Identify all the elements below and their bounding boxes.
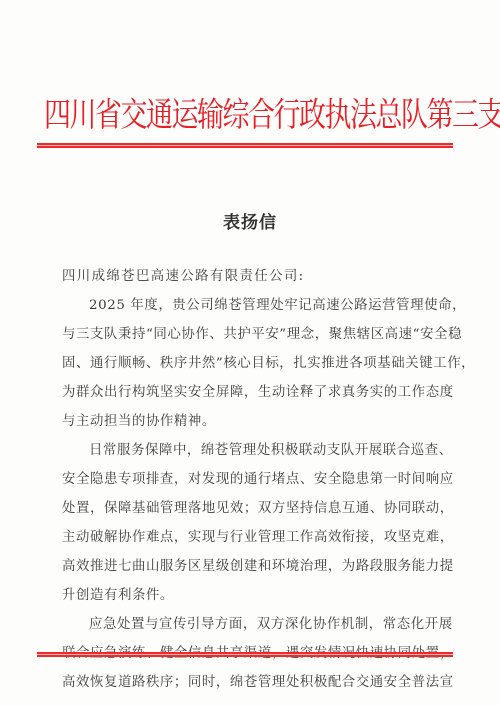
- text-line: 为群众出行构筑坚实安全屏障，生动诠释了求真务实的工作态度: [62, 378, 442, 407]
- text-line: 与主动担当的协作精神。: [62, 407, 442, 436]
- text-line: 高效推进七曲山服务区星级创建和环境治理，为路段服务能力提: [62, 552, 442, 581]
- letterhead-divider-top: [37, 143, 453, 148]
- text-line: 高效恢复道路秩序；同时，绵苍管理处积极配合交通安全普法宣: [62, 668, 442, 697]
- footer-divider: [37, 652, 453, 657]
- text-line: 处置，保障基础管理落地见效；双方坚持信息互通、协同联动，: [62, 494, 442, 523]
- divider-thick-line: [37, 655, 453, 657]
- text-line: 应急处置与宣传引导方面，双方深化协作机制，常态化开展: [62, 610, 442, 639]
- text-line: 日常服务保障中，绵苍管理处积极联动支队开展联合巡查、: [62, 436, 442, 465]
- paragraph-1: 2025 年度，贵公司绵苍管理处牢记高速公路运营管理使命， 与三支队秉持“同心协…: [62, 291, 442, 436]
- paragraph-2: 日常服务保障中，绵苍管理处积极联动支队开展联合巡查、 安全隐患专项排查，对发现的…: [62, 436, 442, 610]
- letterhead-title: 四川省交通运输综合行政执法总队第三支队: [44, 91, 444, 141]
- salutation: 四川成绵苍巴高速公路有限责任公司:: [62, 262, 442, 291]
- text-line: 与三支队秉持“同心协作、共护平安”理念，聚焦辖区高速“安全稳: [62, 320, 442, 349]
- text-line: 主动破解协作难点，实现与行业管理工作高效衔接，攻坚克难，: [62, 523, 442, 552]
- text-line: 2025 年度，贵公司绵苍管理处牢记高速公路运营管理使命，: [62, 291, 442, 320]
- document-body: 四川成绵苍巴高速公路有限责任公司: 2025 年度，贵公司绵苍管理处牢记高速公路…: [62, 262, 442, 697]
- text-line: 安全隐患专项排查，对发现的通行堵点、安全隐患第一时间响应: [62, 465, 442, 494]
- text-line: 固、通行顺畅、秩序井然”核心目标，扎实推进各项基础关键工作，: [62, 349, 442, 378]
- text-line: 升创造有利条件。: [62, 581, 442, 610]
- document-title: 表扬信: [0, 208, 500, 233]
- divider-thin-line: [37, 146, 453, 148]
